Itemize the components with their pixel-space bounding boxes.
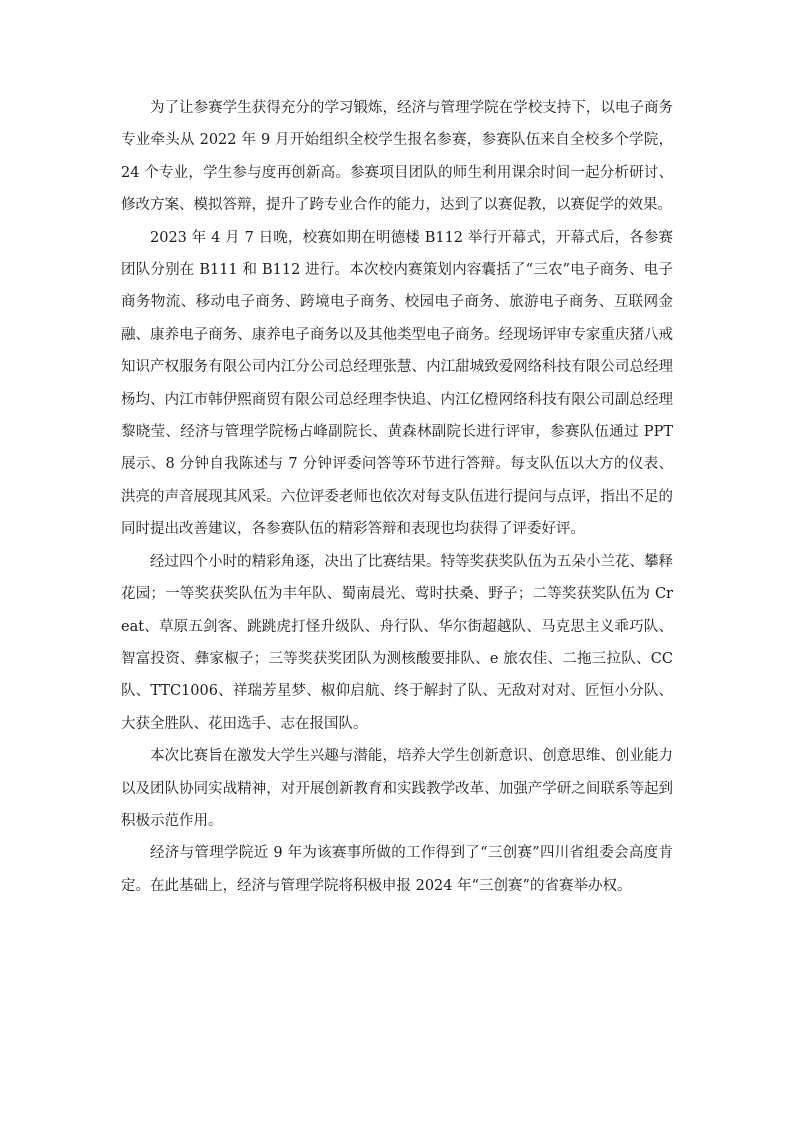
- paragraph-recognition: 经济与管理学院近 9 年为该赛事所做的工作得到了“三创赛”四川省组委会高度肯定。…: [121, 837, 673, 902]
- paragraph-participation: 为了让参赛学生获得充分的学习锻炼，经济与管理学院在学校支持下，以电子商务专业牵头…: [121, 92, 673, 222]
- paragraph-competition-event: 2023 年 4 月 7 日晚，校赛如期在明德楼 B112 举行开幕式，开幕式后…: [121, 222, 673, 546]
- paragraph-results: 经过四个小时的精彩角逐，决出了比赛结果。特等奖获奖队伍为五朵小兰花、攀释花园；一…: [121, 546, 673, 740]
- document-body: 为了让参赛学生获得充分的学习锻炼，经济与管理学院在学校支持下，以电子商务专业牵头…: [121, 92, 673, 902]
- document-page: 为了让参赛学生获得充分的学习锻炼，经济与管理学院在学校支持下，以电子商务专业牵头…: [0, 0, 792, 1122]
- paragraph-purpose: 本次比赛旨在激发大学生兴趣与潜能，培养大学生创新意识、创意思维、创业能力以及团队…: [121, 740, 673, 837]
